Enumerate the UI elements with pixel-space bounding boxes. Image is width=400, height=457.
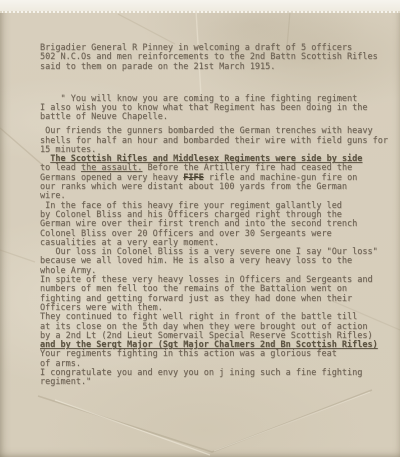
torn-paper-edge	[0, 0, 400, 13]
document-lines: Brigadier General R Pinney in welcoming …	[40, 44, 400, 388]
document-line: regiment."	[40, 378, 400, 387]
document-line: I congratulate you and envy you on j ini…	[40, 369, 400, 378]
document-line: battle of Neuve Chapelle.	[40, 113, 400, 122]
scanned-page: Brigadier General R Pinney in welcoming …	[0, 0, 400, 457]
document-line: Your regiments fighting in this action w…	[40, 350, 400, 359]
document-line: our ranks which were distant about 100 y…	[40, 183, 400, 192]
document-line: said to them on parade on the 21st March…	[40, 63, 400, 72]
